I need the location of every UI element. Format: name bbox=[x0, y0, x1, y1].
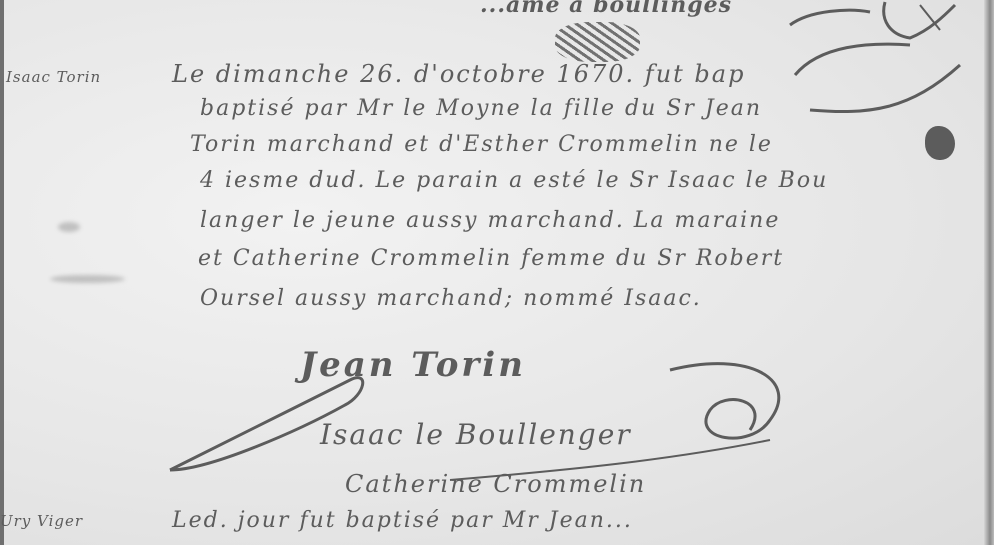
ink-smudge bbox=[58, 222, 80, 232]
signature-paraph-icon bbox=[150, 340, 830, 490]
record-line-5: langer le jeune aussy marchand. La marai… bbox=[200, 208, 780, 233]
record-line-1: Le dimanche 26. d'octobre 1670. fut bap bbox=[172, 60, 745, 88]
page-left-edge bbox=[0, 0, 4, 545]
ink-blot bbox=[925, 126, 955, 160]
next-record-line-1: Led. jour fut baptisé par Mr Jean... bbox=[172, 508, 633, 533]
record-line-4: 4 iesme dud. Le parain a esté le Sr Isaa… bbox=[200, 168, 828, 193]
record-line-3: Torin marchand et d'Esther Crommelin ne … bbox=[190, 132, 773, 157]
record-line-6: et Catherine Crommelin femme du Sr Rober… bbox=[198, 246, 784, 271]
top-line-fragment: ...ame a boullinges bbox=[480, 0, 732, 18]
register-page: ...ame a boullinges Isaac Torin Ury Vige… bbox=[0, 0, 994, 545]
record-line-2: baptisé par Mr le Moyne la fille du Sr J… bbox=[200, 96, 762, 121]
line-end-flourish-icon bbox=[790, 40, 970, 120]
margin-note-child-name: Isaac Torin bbox=[6, 68, 101, 86]
crossed-out-scribble bbox=[555, 22, 640, 62]
ink-smudge bbox=[50, 275, 125, 283]
page-right-edge bbox=[984, 0, 994, 545]
margin-note-next-record: Ury Viger bbox=[0, 512, 83, 530]
record-line-7: Oursel aussy marchand; nommé Isaac. bbox=[200, 286, 702, 311]
